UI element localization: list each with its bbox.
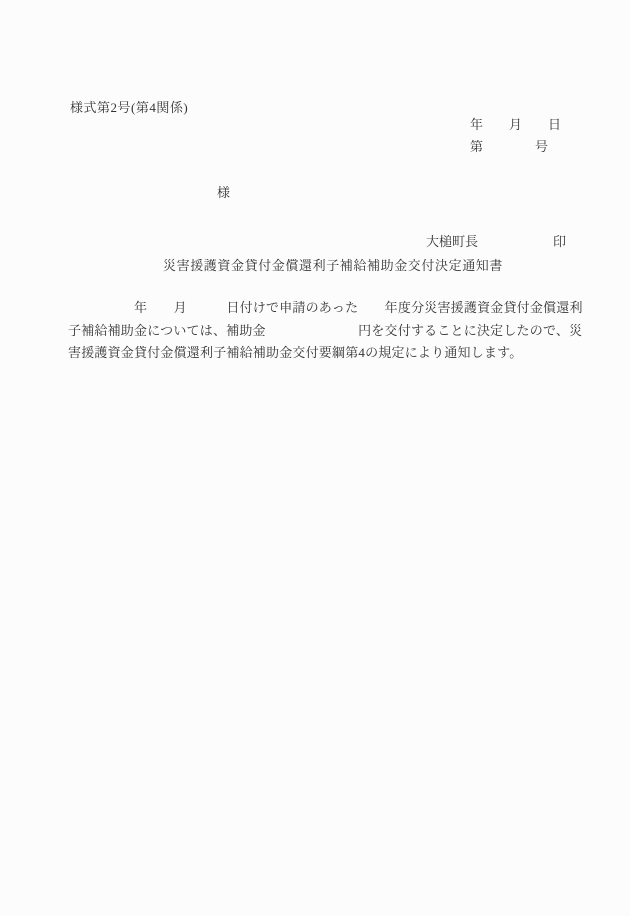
issuer-title: 大槌町長	[426, 234, 478, 249]
body-line-3: 害援護資金貸付金償還利子補給補助金交付要綱第4の規定により通知します。	[68, 342, 580, 365]
body-line-2: 子補給補助金については、補助金 円を交付することに決定したので、災	[68, 320, 580, 343]
form-number: 様式第2号(第4関係)	[70, 101, 188, 114]
addressee-honorific: 様	[217, 186, 230, 199]
document-number-line: 第 号	[470, 140, 548, 153]
document-page: 様式第2号(第4関係) 年 月 日 第 号 様 大槌町長印 災害援護資金貸付金償…	[0, 0, 630, 916]
body-line-1: 年 月 日付けで申請のあった 年度分災害援護資金貸付金償還利	[68, 297, 580, 320]
issuer-line: 大槌町長印	[413, 222, 566, 261]
seal-mark: 印	[553, 234, 566, 249]
date-placeholder-line: 年 月 日	[470, 118, 561, 131]
document-body: 年 月 日付けで申請のあった 年度分災害援護資金貸付金償還利 子補給補助金につい…	[68, 297, 580, 365]
document-title: 災害援護資金貸付金償還利子補給補助金交付決定通知書	[163, 259, 503, 272]
